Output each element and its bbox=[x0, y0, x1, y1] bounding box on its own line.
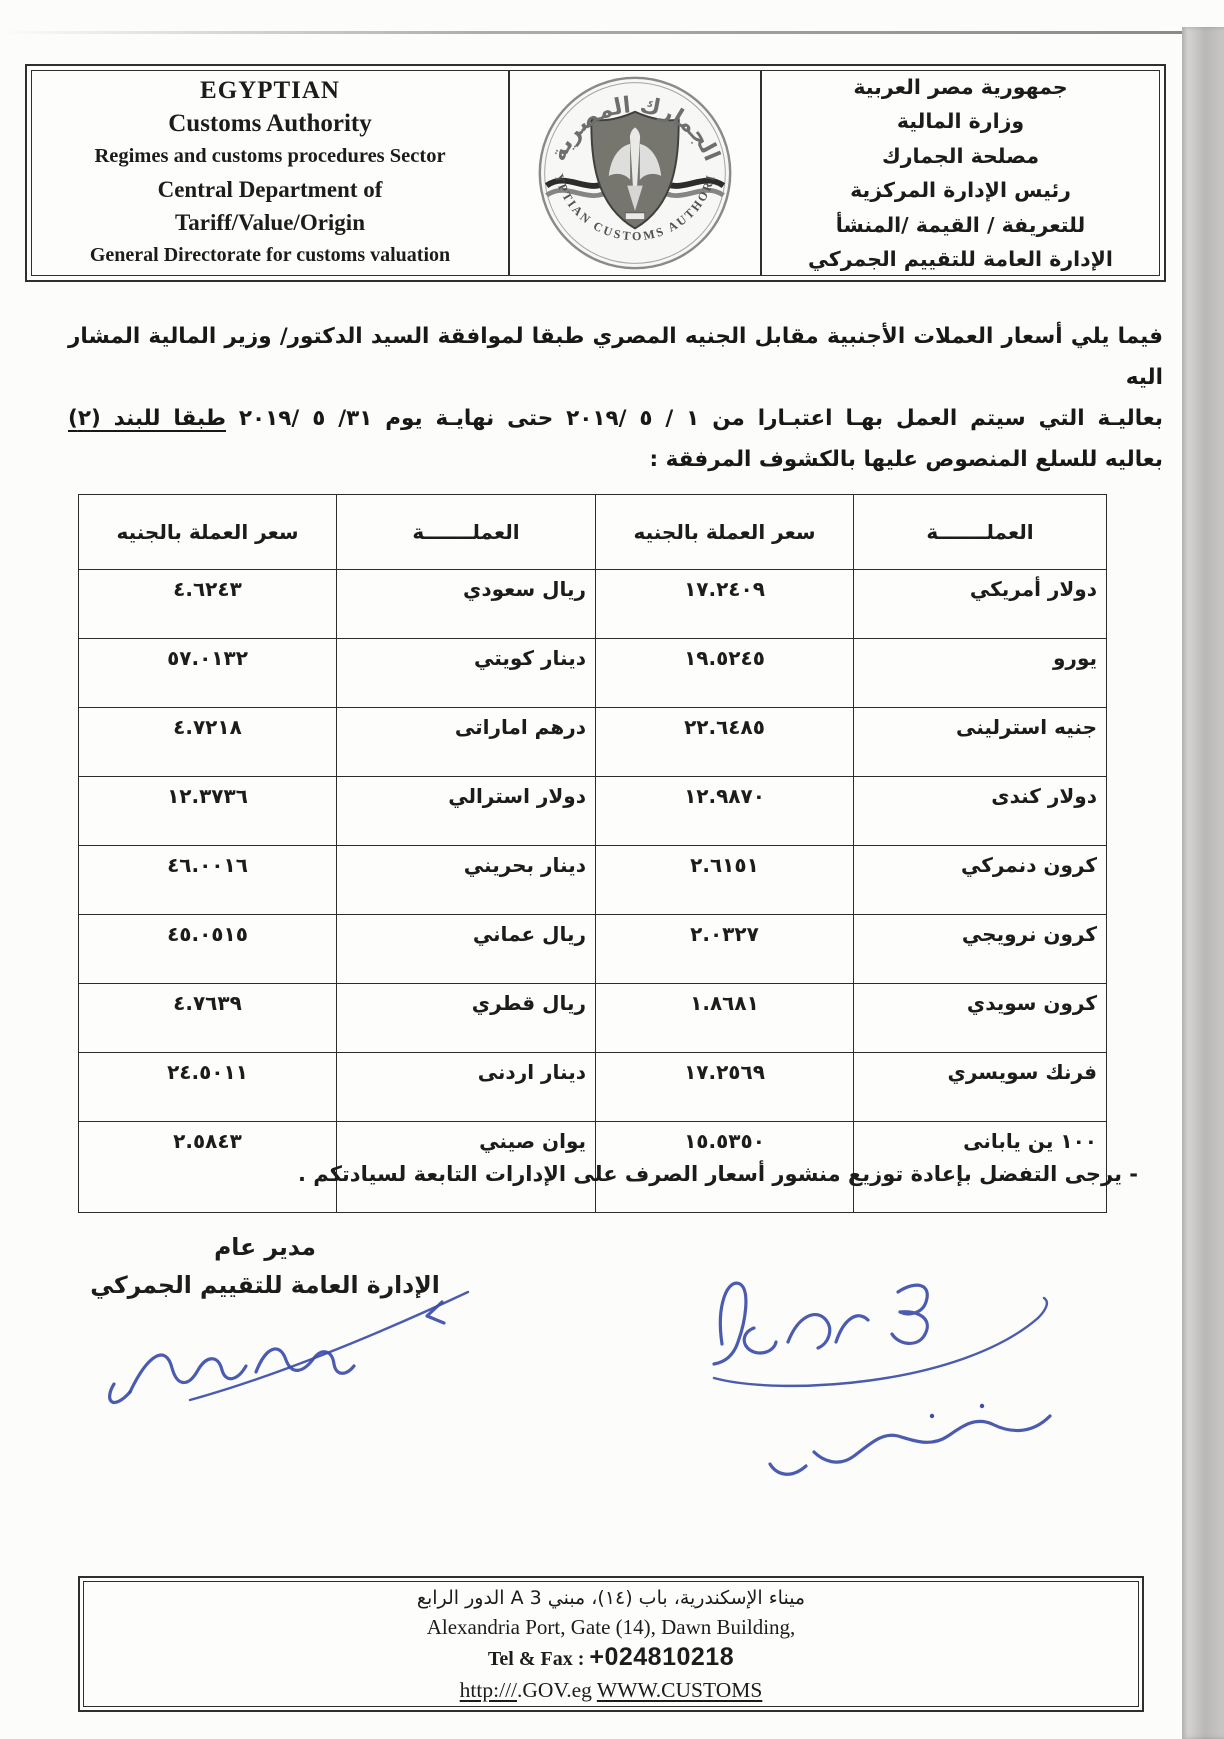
rate-cell: ٤٦.٠٠١٦ bbox=[79, 846, 337, 915]
letterhead-arabic-box: جمهورية مصر العربية وزارة المالية مصلحة … bbox=[761, 70, 1160, 276]
rate-cell: ٤.٧٢١٨ bbox=[79, 708, 337, 777]
currency-cell: يورو bbox=[854, 639, 1107, 708]
letterhead-arabic-line: مصلحة الجمارك bbox=[882, 139, 1039, 174]
rate-cell: ٥٧.٠١٣٢ bbox=[79, 639, 337, 708]
rate-cell: ٢.٠٣٢٧ bbox=[596, 915, 854, 984]
signature-ink-middle bbox=[630, 1256, 1090, 1496]
column-header-rate: سعر العملة بالجنيه bbox=[596, 495, 854, 570]
currency-cell: فرنك سويسري bbox=[854, 1053, 1107, 1122]
rate-cell: ٢.٦١٥١ bbox=[596, 846, 854, 915]
letterhead-english-line: Tariff/Value/Origin bbox=[175, 206, 365, 239]
currency-cell: كرون سويدي bbox=[854, 984, 1107, 1053]
currency-cell: كرون نرويجي bbox=[854, 915, 1107, 984]
website-gov: .GOV.eg bbox=[517, 1678, 592, 1702]
currency-cell: درهم اماراتى bbox=[337, 708, 596, 777]
letterhead-english-line: EGYPTIAN bbox=[200, 74, 340, 107]
rate-cell: ١٧.٢٤٠٩ bbox=[596, 570, 854, 639]
currency-cell: جنيه استرلينى bbox=[854, 708, 1107, 777]
redistribution-note: - يرجى التفضل بإعادة توزيع منشور أسعار ا… bbox=[218, 1162, 1138, 1186]
website-http: http:/// bbox=[460, 1678, 517, 1702]
letterhead-english-line: General Directorate for customs valuatio… bbox=[90, 239, 450, 272]
intro-clause-underlined: طبقا للبند (٢) bbox=[68, 406, 226, 431]
intro-line-2: بعاليـة التي سيتم العمل بهـا اعتبـارا من… bbox=[68, 398, 1163, 439]
currency-cell: دينار بحريني bbox=[337, 846, 596, 915]
currency-cell: دولار كندى bbox=[854, 777, 1107, 846]
currency-cell: ريال عماني bbox=[337, 915, 596, 984]
rate-cell: ١.٨٦٨١ bbox=[596, 984, 854, 1053]
tel-label: Tel & Fax : bbox=[488, 1648, 589, 1670]
rate-cell: ١٢.٣٧٣٦ bbox=[79, 777, 337, 846]
currency-cell: دينار كويتي bbox=[337, 639, 596, 708]
letterhead-arabic-line: للتعريفة / القيمة /المنشأ bbox=[836, 208, 1085, 243]
table-row: كرون دنمركي ٢.٦١٥١ دينار بحريني ٤٦.٠٠١٦ bbox=[79, 846, 1107, 915]
currency-cell: كرون دنمركي bbox=[854, 846, 1107, 915]
intro-line-3: بعاليه للسلع المنصوص عليها بالكشوف المرف… bbox=[68, 439, 1163, 480]
footer: ميناء الإسكندرية، باب (١٤)، مبني A 3 الد… bbox=[78, 1576, 1144, 1712]
scan-artifact-top-line bbox=[0, 31, 1190, 34]
table-row: دولار كندى ١٢.٩٨٧٠ دولار استرالي ١٢.٣٧٣٦ bbox=[79, 777, 1107, 846]
rate-cell: ٤.٦٢٤٣ bbox=[79, 570, 337, 639]
currency-cell: دولار استرالي bbox=[337, 777, 596, 846]
footer-inner: ميناء الإسكندرية، باب (١٤)، مبني A 3 الد… bbox=[83, 1581, 1139, 1707]
table-row: دولار أمريكي ١٧.٢٤٠٩ ريال سعودي ٤.٦٢٤٣ bbox=[79, 570, 1107, 639]
rate-cell: ١٢.٩٨٧٠ bbox=[596, 777, 854, 846]
rate-cell: ٢٢.٦٤٨٥ bbox=[596, 708, 854, 777]
table-row: جنيه استرلينى ٢٢.٦٤٨٥ درهم اماراتى ٤.٧٢١… bbox=[79, 708, 1107, 777]
letterhead-logo-box: الجمارك المصرية EGYPTIAN CUSTOMS AUTHORI… bbox=[509, 70, 761, 276]
table-row: كرون نرويجي ٢.٠٣٢٧ ريال عماني ٤٥.٠٥١٥ bbox=[79, 915, 1107, 984]
table-row: فرنك سويسري ١٧.٢٥٦٩ دينار اردنى ٢٤.٥٠١١ bbox=[79, 1053, 1107, 1122]
column-header-currency: العملـــــــة bbox=[337, 495, 596, 570]
scan-artifact-right-edge bbox=[1182, 27, 1224, 1739]
letterhead-arabic-line: وزارة المالية bbox=[897, 104, 1024, 139]
scanned-document-page: EGYPTIAN Customs Authority Regimes and c… bbox=[0, 0, 1224, 1739]
footer-website: http:///.GOV.eg WWW.CUSTOMS bbox=[460, 1675, 763, 1705]
intro-line-1: فيما يلي أسعار العملات الأجنبية مقابل ال… bbox=[68, 316, 1163, 398]
website-customs: WWW.CUSTOMS bbox=[597, 1678, 762, 1702]
currency-cell: دينار اردنى bbox=[337, 1053, 596, 1122]
column-header-currency: العملـــــــة bbox=[854, 495, 1107, 570]
egyptian-customs-authority-seal-icon: الجمارك المصرية EGYPTIAN CUSTOMS AUTHORI… bbox=[531, 71, 739, 275]
letterhead-english-box: EGYPTIAN Customs Authority Regimes and c… bbox=[31, 70, 509, 276]
letterhead-english-line: Regimes and customs procedures Sector bbox=[94, 140, 445, 173]
letterhead-english-line: Central Department of bbox=[158, 173, 383, 206]
rate-cell: ٤٥.٠٥١٥ bbox=[79, 915, 337, 984]
rate-cell: ٤.٧٦٣٩ bbox=[79, 984, 337, 1053]
letterhead-arabic-line: الإدارة العامة للتقييم الجمركي bbox=[808, 242, 1113, 277]
tel-number: +024810218 bbox=[589, 1643, 734, 1671]
rate-cell: ١٩.٥٢٤٥ bbox=[596, 639, 854, 708]
rate-cell: ١٧.٢٥٦٩ bbox=[596, 1053, 854, 1122]
letterhead: EGYPTIAN Customs Authority Regimes and c… bbox=[25, 64, 1166, 282]
rate-cell: ٢٤.٥٠١١ bbox=[79, 1053, 337, 1122]
currency-cell: ريال قطري bbox=[337, 984, 596, 1053]
letterhead-arabic-line: رئيس الإدارة المركزية bbox=[850, 173, 1071, 208]
footer-telephone: Tel & Fax : +024810218 bbox=[488, 1642, 734, 1675]
currency-cell: دولار أمريكي bbox=[854, 570, 1107, 639]
intro-paragraph: فيما يلي أسعار العملات الأجنبية مقابل ال… bbox=[68, 316, 1163, 480]
signature-ink-left bbox=[70, 1278, 480, 1428]
signature-title-line: مدير عام bbox=[80, 1228, 450, 1266]
letterhead-arabic-line: جمهورية مصر العربية bbox=[853, 70, 1067, 105]
exchange-rate-table: العملـــــــة سعر العملة بالجنيه العملــ… bbox=[78, 494, 1107, 1213]
table-row: كرون سويدي ١.٨٦٨١ ريال قطري ٤.٧٦٣٩ bbox=[79, 984, 1107, 1053]
currency-cell: ريال سعودي bbox=[337, 570, 596, 639]
table-row: يورو ١٩.٥٢٤٥ دينار كويتي ٥٧.٠١٣٢ bbox=[79, 639, 1107, 708]
table-header-row: العملـــــــة سعر العملة بالجنيه العملــ… bbox=[79, 495, 1107, 570]
footer-address-english: Alexandria Port, Gate (14), Dawn Buildin… bbox=[427, 1613, 796, 1642]
footer-address-arabic: ميناء الإسكندرية، باب (١٤)، مبني A 3 الد… bbox=[417, 1584, 805, 1613]
letterhead-english-line: Customs Authority bbox=[168, 107, 372, 140]
column-header-rate: سعر العملة بالجنيه bbox=[79, 495, 337, 570]
intro-line-2-text: بعاليـة التي سيتم العمل بهـا اعتبـارا من… bbox=[239, 406, 1163, 431]
